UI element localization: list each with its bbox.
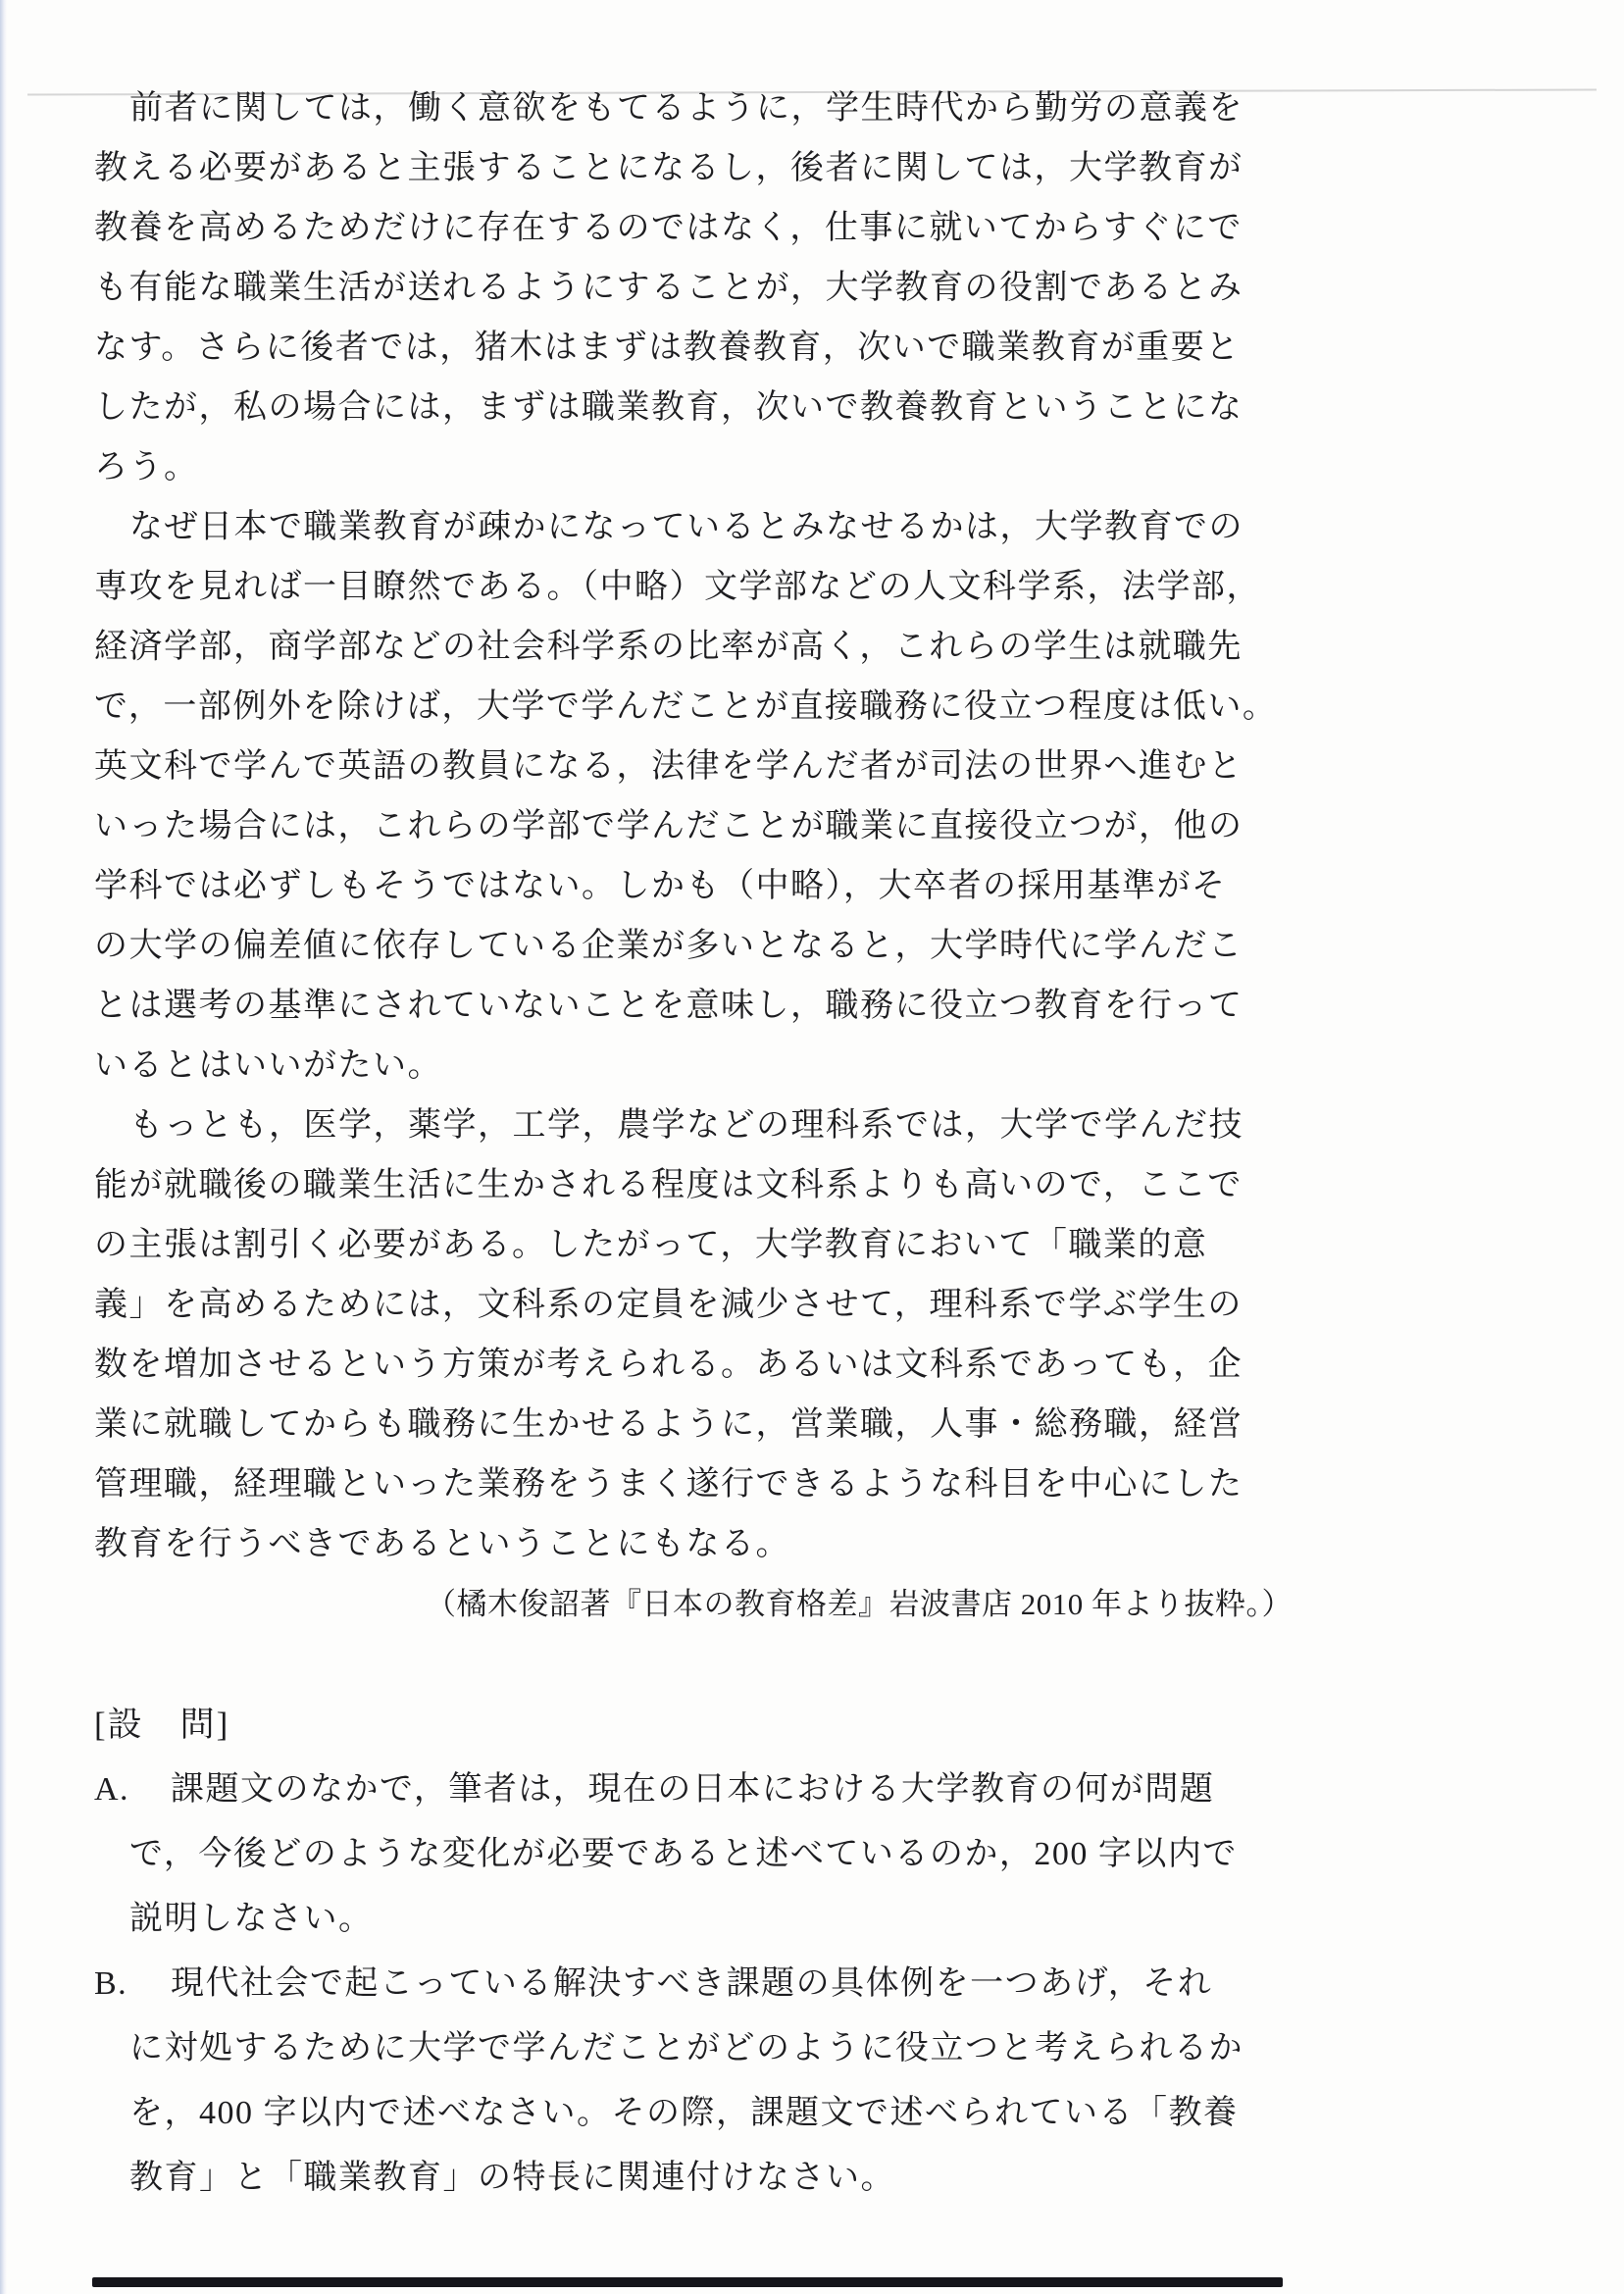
question-a-line: で，今後どのような変化が必要であると述べているのか，200 字以内で bbox=[94, 1822, 1314, 1887]
essay-line: 経済学部，商学部などの社会科学系の比率が高く，これらの学生は就職先 bbox=[94, 617, 1314, 677]
essay-line: 能が就職後の職業生活に生かされる程度は文科系よりも高いので，ここで bbox=[94, 1155, 1314, 1215]
essay-line: 教える必要があると主張することになるし，後者に関しては，大学教育が bbox=[94, 138, 1314, 198]
question-b-text: 現代社会で起こっている解決すべき課題の具体例を一つあげ，それ bbox=[171, 1965, 1212, 2002]
question-a-marker: A. bbox=[94, 1758, 171, 1822]
essay-line: で，一部例外を除けば，大学で学んだことが直接職務に役立つ程度は低い。 bbox=[94, 677, 1314, 737]
essay-line: の主張は割引く必要がある。したがって，大学教育において「職業的意 bbox=[94, 1215, 1314, 1275]
essay-paragraph-3: もっとも，医学，薬学，工学，農学などの理科系では，大学で学んだ技 能が就職後の職… bbox=[94, 1096, 1314, 1574]
question-b-line: に対処するために大学で学んだことがどのように役立つと考えられるか bbox=[94, 2016, 1314, 2081]
essay-line: なす。さらに後者では，猪木はまずは教養教育，次いで職業教育が重要と bbox=[94, 318, 1314, 378]
essay-line: 義」を高めるためには，文科系の定員を減少させて，理科系で学ぶ学生の bbox=[94, 1275, 1314, 1335]
essay-line: 英文科で学んで英語の教員になる，法律を学んだ者が司法の世界へ進むと bbox=[94, 737, 1314, 796]
question-a-text: 課題文のなかで，筆者は，現在の日本における大学教育の何が問題 bbox=[171, 1771, 1214, 1808]
essay-line: 業に就職してからも職務に生かせるように，営業職，人事・総務職，経営 bbox=[94, 1395, 1314, 1454]
question-b-marker: B. bbox=[94, 1952, 171, 2016]
essay-line: ろう。 bbox=[94, 437, 1314, 497]
page-content: 前者に関しては，働く意欲をもてるように，学生時代から勤労の意義を 教える必要があ… bbox=[94, 78, 1314, 2211]
essay-line: いるとはいいがたい。 bbox=[94, 1036, 1314, 1096]
essay-line: 専攻を見れば一目瞭然である。（中略）文学部などの人文科学系，法学部， bbox=[94, 557, 1314, 617]
essay-line: 教養を高めるためだけに存在するのではなく，仕事に就いてからすぐにで bbox=[94, 198, 1314, 258]
question-a: A.課題文のなかで，筆者は，現在の日本における大学教育の何が問題 で，今後どのよ… bbox=[94, 1758, 1314, 1952]
question-b-line: を，400 字以内で述べなさい。その際，課題文で述べられている「教養 bbox=[94, 2081, 1314, 2146]
essay-paragraph-1: 前者に関しては，働く意欲をもてるように，学生時代から勤労の意義を 教える必要があ… bbox=[94, 78, 1314, 497]
essay-paragraph-2: なぜ日本で職業教育が疎かになっているとみなせるかは，大学教育での 専攻を見れば一… bbox=[94, 497, 1314, 1096]
question-b: B.現代社会で起こっている解決すべき課題の具体例を一つあげ，それ に対処するため… bbox=[94, 1952, 1314, 2211]
essay-line: 前者に関しては，働く意欲をもてるように，学生時代から勤労の意義を bbox=[94, 78, 1314, 138]
source-citation: （橘木俊詔著『日本の教育格差』岩波書店 2010 年より抜粋。） bbox=[94, 1574, 1293, 1634]
essay-line: もっとも，医学，薬学，工学，農学などの理科系では，大学で学んだ技 bbox=[94, 1096, 1314, 1155]
essay-line: なぜ日本で職業教育が疎かになっているとみなせるかは，大学教育での bbox=[94, 497, 1314, 557]
scanned-exam-page: 前者に関しては，働く意欲をもてるように，学生時代から勤労の意義を 教える必要があ… bbox=[0, 0, 1624, 2294]
essay-line: 教育を行うべきであるということにもなる。 bbox=[94, 1514, 1314, 1574]
essay-line: いった場合には，これらの学部で学んだことが職業に直接役立つが，他の bbox=[94, 796, 1314, 856]
question-b-line: 教育」と「職業教育」の特長に関連付けなさい。 bbox=[94, 2146, 1314, 2211]
essay-line: の大学の偏差値に依存している企業が多いとなると，大学時代に学んだこ bbox=[94, 916, 1314, 976]
essay-line: 学科では必ずしもそうではない。しかも（中略），大卒者の採用基準がそ bbox=[94, 856, 1314, 916]
scan-bottom-bar-artifact bbox=[92, 2277, 1283, 2287]
questions-header: [設 問] bbox=[94, 1693, 1314, 1758]
question-a-line: 説明しなさい。 bbox=[94, 1887, 1314, 1952]
essay-line: 数を増加させるという方策が考えられる。あるいは文科系であっても，企 bbox=[94, 1335, 1314, 1395]
scan-edge-artifact bbox=[0, 0, 7, 2294]
question-b-line: B.現代社会で起こっている解決すべき課題の具体例を一つあげ，それ bbox=[94, 1952, 1314, 2016]
essay-line: したが，私の場合には，まずは職業教育，次いで教養教育ということにな bbox=[94, 378, 1314, 437]
question-a-line: A.課題文のなかで，筆者は，現在の日本における大学教育の何が問題 bbox=[94, 1758, 1314, 1822]
essay-line: 管理職，経理職といった業務をうまく遂行できるような科目を中心にした bbox=[94, 1454, 1314, 1514]
essay-line: も有能な職業生活が送れるようにすることが，大学教育の役割であるとみ bbox=[94, 258, 1314, 318]
essay-line: とは選考の基準にされていないことを意味し，職務に役立つ教育を行って bbox=[94, 976, 1314, 1036]
